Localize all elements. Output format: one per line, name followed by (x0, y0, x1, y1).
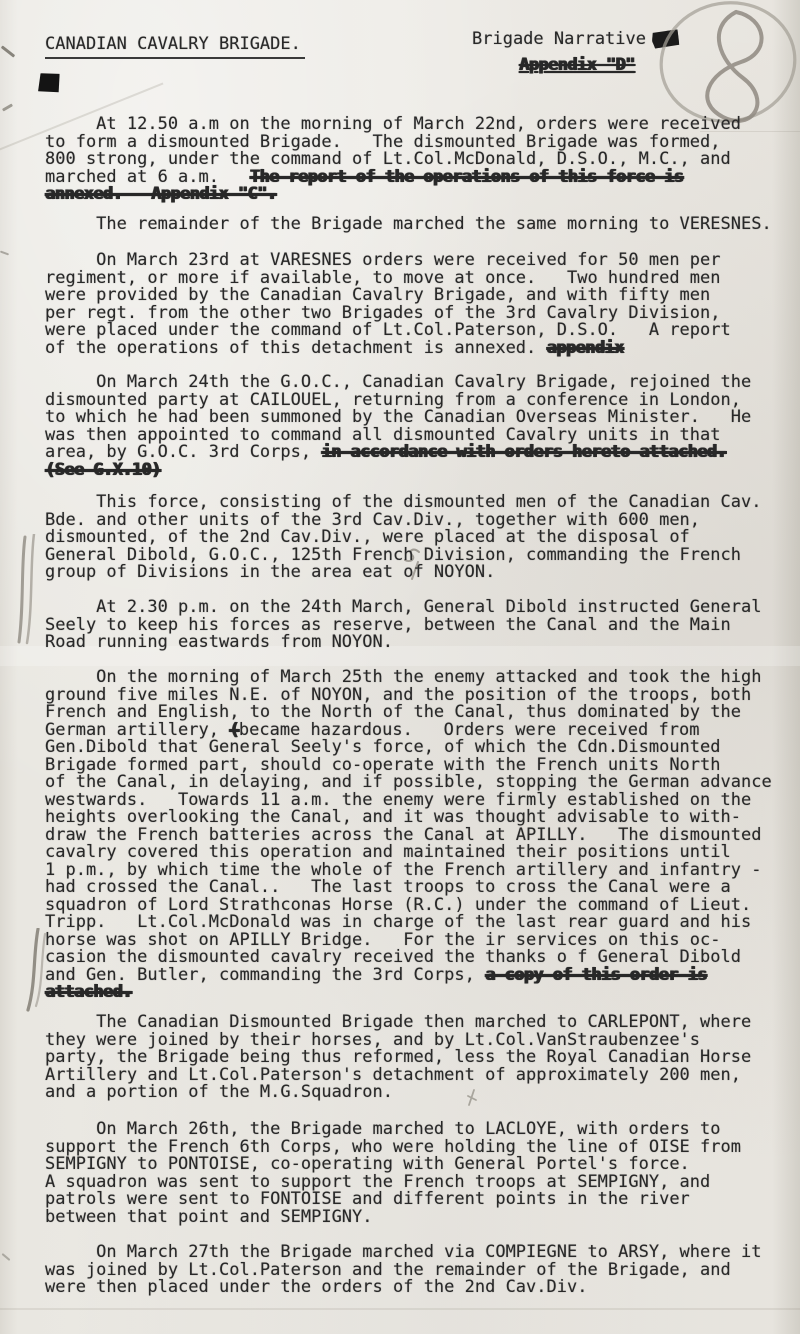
paragraph: On March 23rd at VARESNES orders were re… (45, 252, 794, 357)
typed-text: group of Divisions in the area eat of NO… (45, 562, 495, 582)
text-line: group of Divisions in the area eat of NO… (45, 564, 794, 582)
paragraph: The remainder of the Brigade marched the… (45, 216, 794, 234)
typed-text: and a portion of the M.G.Squadron. (45, 1082, 393, 1102)
text-line: were then placed under the orders of the… (45, 1279, 794, 1297)
paragraph: On March 24th the G.O.C., Canadian Caval… (45, 374, 794, 479)
paragraph: At 2.30 p.m. on the 24th March, General … (45, 599, 794, 652)
text-line: attached. (45, 984, 794, 1002)
paragraph: The Canadian Dismounted Brigade then mar… (45, 1014, 794, 1102)
paper-crease (0, 1308, 800, 1310)
scanned-document-page: { "header": { "title": "CANADIAN CAVALRY… (0, 0, 800, 1334)
struck-text: annexed. Appendix "C". (45, 184, 276, 204)
typed-text: Road running eastwards from NOYON. (45, 632, 393, 652)
text-line: annexed. Appendix "C". (45, 186, 794, 204)
text-line: of the operations of this detachment is … (45, 340, 794, 358)
paragraph: At 12.50 a.m on the morning of March 22n… (45, 116, 794, 204)
typed-text: The remainder of the Brigade marched the… (45, 214, 772, 234)
document-title: CANADIAN CAVALRY BRIGADE. (45, 36, 305, 59)
text-line: between that point and SEMPIGNY. (45, 1209, 794, 1227)
typed-text: were then placed under the orders of the… (45, 1277, 587, 1297)
paragraph: On March 26th, the Brigade marched to LA… (45, 1121, 794, 1226)
struck-text: The report of the operations of this for… (250, 167, 684, 187)
margin-pencil-mark (16, 534, 42, 646)
struck-text: in accordance with orders hereto attache… (321, 442, 726, 462)
ink-blot (35, 70, 62, 96)
paragraph: On March 27th the Brigade marched via CO… (45, 1244, 794, 1297)
typed-text: between that point and SEMPIGNY. (45, 1207, 373, 1227)
struck-text: appendix (547, 338, 624, 358)
edge-mark (0, 251, 9, 256)
paragraph: On the morning of March 25th the enemy a… (45, 669, 794, 1002)
document-subtitle: Brigade Narrative (472, 31, 646, 49)
edge-mark (1, 45, 15, 57)
text-line: The remainder of the Brigade marched the… (45, 216, 794, 234)
typed-text: of the operations of this detachment is … (45, 338, 547, 358)
struck-text: a copy of this order is (485, 965, 707, 985)
appendix-label: Appendix "D" (519, 57, 635, 75)
text-line: and Gen. Butler, commanding the 3rd Corp… (45, 967, 794, 985)
struck-text: (See G.X.10) (45, 460, 161, 480)
edge-mark (2, 103, 13, 111)
paragraph: This force, consisting of the dismounted… (45, 494, 794, 582)
text-line: (See G.X.10) (45, 462, 794, 480)
text-line: and a portion of the M.G.Squadron. (45, 1084, 794, 1102)
paper-background: CANADIAN CAVALRY BRIGADE. Brigade Narrat… (0, 0, 800, 1334)
edge-mark (2, 1253, 11, 1261)
struck-text: attached. (45, 982, 132, 1002)
text-line: Road running eastwards from NOYON. (45, 634, 794, 652)
